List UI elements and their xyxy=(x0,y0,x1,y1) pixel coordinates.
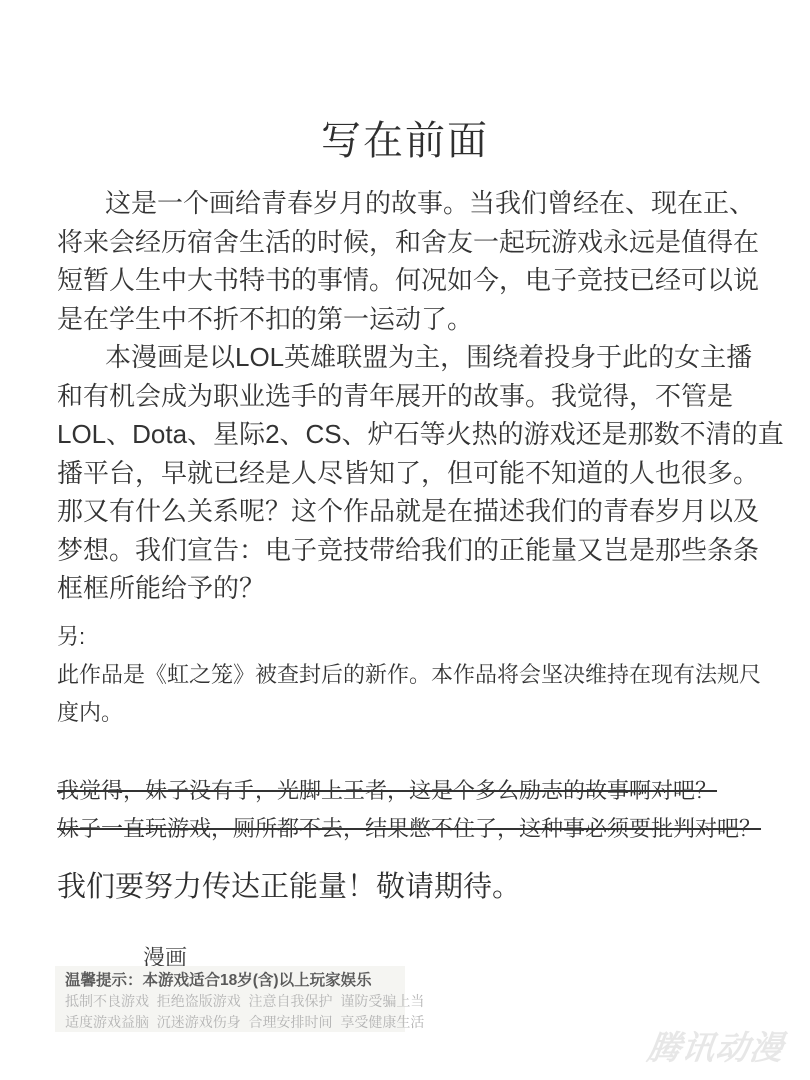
paragraph2-line: LOL、Dota、星际2、CS、炉石等火热的游戏还是那数不清的直 xyxy=(57,415,767,454)
foreword-page: 写在前面 这是一个画给青春岁月的故事。当我们曾经在、现在正、 将来会经历宿舍生活… xyxy=(0,0,810,1080)
side-note-line: 度内。 xyxy=(57,694,767,732)
side-note-label: 另: xyxy=(57,618,767,656)
health-advisory-line: 抵制不良游戏 拒绝盗版游戏 注意自我保护 谨防受骗上当 xyxy=(65,991,395,1012)
paragraph2-line: 框框所能给予的？ xyxy=(57,569,767,608)
paragraph1-line: 短暂人生中大书特书的事情。何况如今，电子竞技已经可以说 xyxy=(57,261,767,300)
side-note: 另: 此作品是《虹之笼》被查封后的新作。本作品将会坚决维持在现有法规尺 度内。 xyxy=(57,618,767,732)
paragraph2-line: 那又有什么关系呢？这个作品就是在描述我们的青春岁月以及 xyxy=(57,492,767,531)
tencent-comics-watermark: 腾讯动漫 xyxy=(645,1022,810,1069)
foreword-body: 这是一个画给青春岁月的故事。当我们曾经在、现在正、 将来会经历宿舍生活的时候，和… xyxy=(57,184,767,608)
struck-line: 妹子一直玩游戏，厕所都不去，结果憋不住了，这种事必须要批判对吧？ xyxy=(57,810,767,848)
paragraph2-line: 和有机会成为职业选手的青年展开的故事。我觉得，不管是 xyxy=(57,377,767,416)
paragraph1-line: 将来会经历宿舍生活的时候，和舍友一起玩游戏永远是值得在 xyxy=(57,223,767,262)
age-rating-notice-title: 温馨提示：本游戏适合18岁(含)以上玩家娱乐 xyxy=(65,971,395,991)
paragraph2-line: 播平台，早就已经是人尽皆知了，但可能不知道的人也很多。 xyxy=(57,454,767,493)
struck-line: 我觉得，妹子没有手，光脚上王者，这是个多么励志的故事啊对吧？ xyxy=(57,772,767,810)
paragraph1-line: 是在学生中不折不扣的第一运动了。 xyxy=(57,300,767,339)
paragraph1-line: 这是一个画给青春岁月的故事。当我们曾经在、现在正、 xyxy=(57,184,767,223)
health-advisory-line: 适度游戏益脑 沉迷游戏伤身 合理安排时间 享受健康生活 xyxy=(65,1012,395,1033)
age-rating-notice-box: 温馨提示：本游戏适合18岁(含)以上玩家娱乐 抵制不良游戏 拒绝盗版游戏 注意自… xyxy=(55,966,405,1032)
side-note-line: 此作品是《虹之笼》被查封后的新作。本作品将会坚决维持在现有法规尺 xyxy=(57,656,767,694)
struck-out-jokes: 我觉得，妹子没有手，光脚上王者，这是个多么励志的故事啊对吧？ 妹子一直玩游戏，厕… xyxy=(57,772,767,848)
paragraph2-line: 梦想。我们宣告：电子竞技带给我们的正能量又岂是那些条条 xyxy=(57,531,767,570)
paragraph2-line: 本漫画是以LOL英雄联盟为主，围绕着投身于此的女主播 xyxy=(57,338,767,377)
page-title: 写在前面 xyxy=(0,109,810,166)
announcement-text: 我们要努力传达正能量！敬请期待。 xyxy=(57,864,521,905)
